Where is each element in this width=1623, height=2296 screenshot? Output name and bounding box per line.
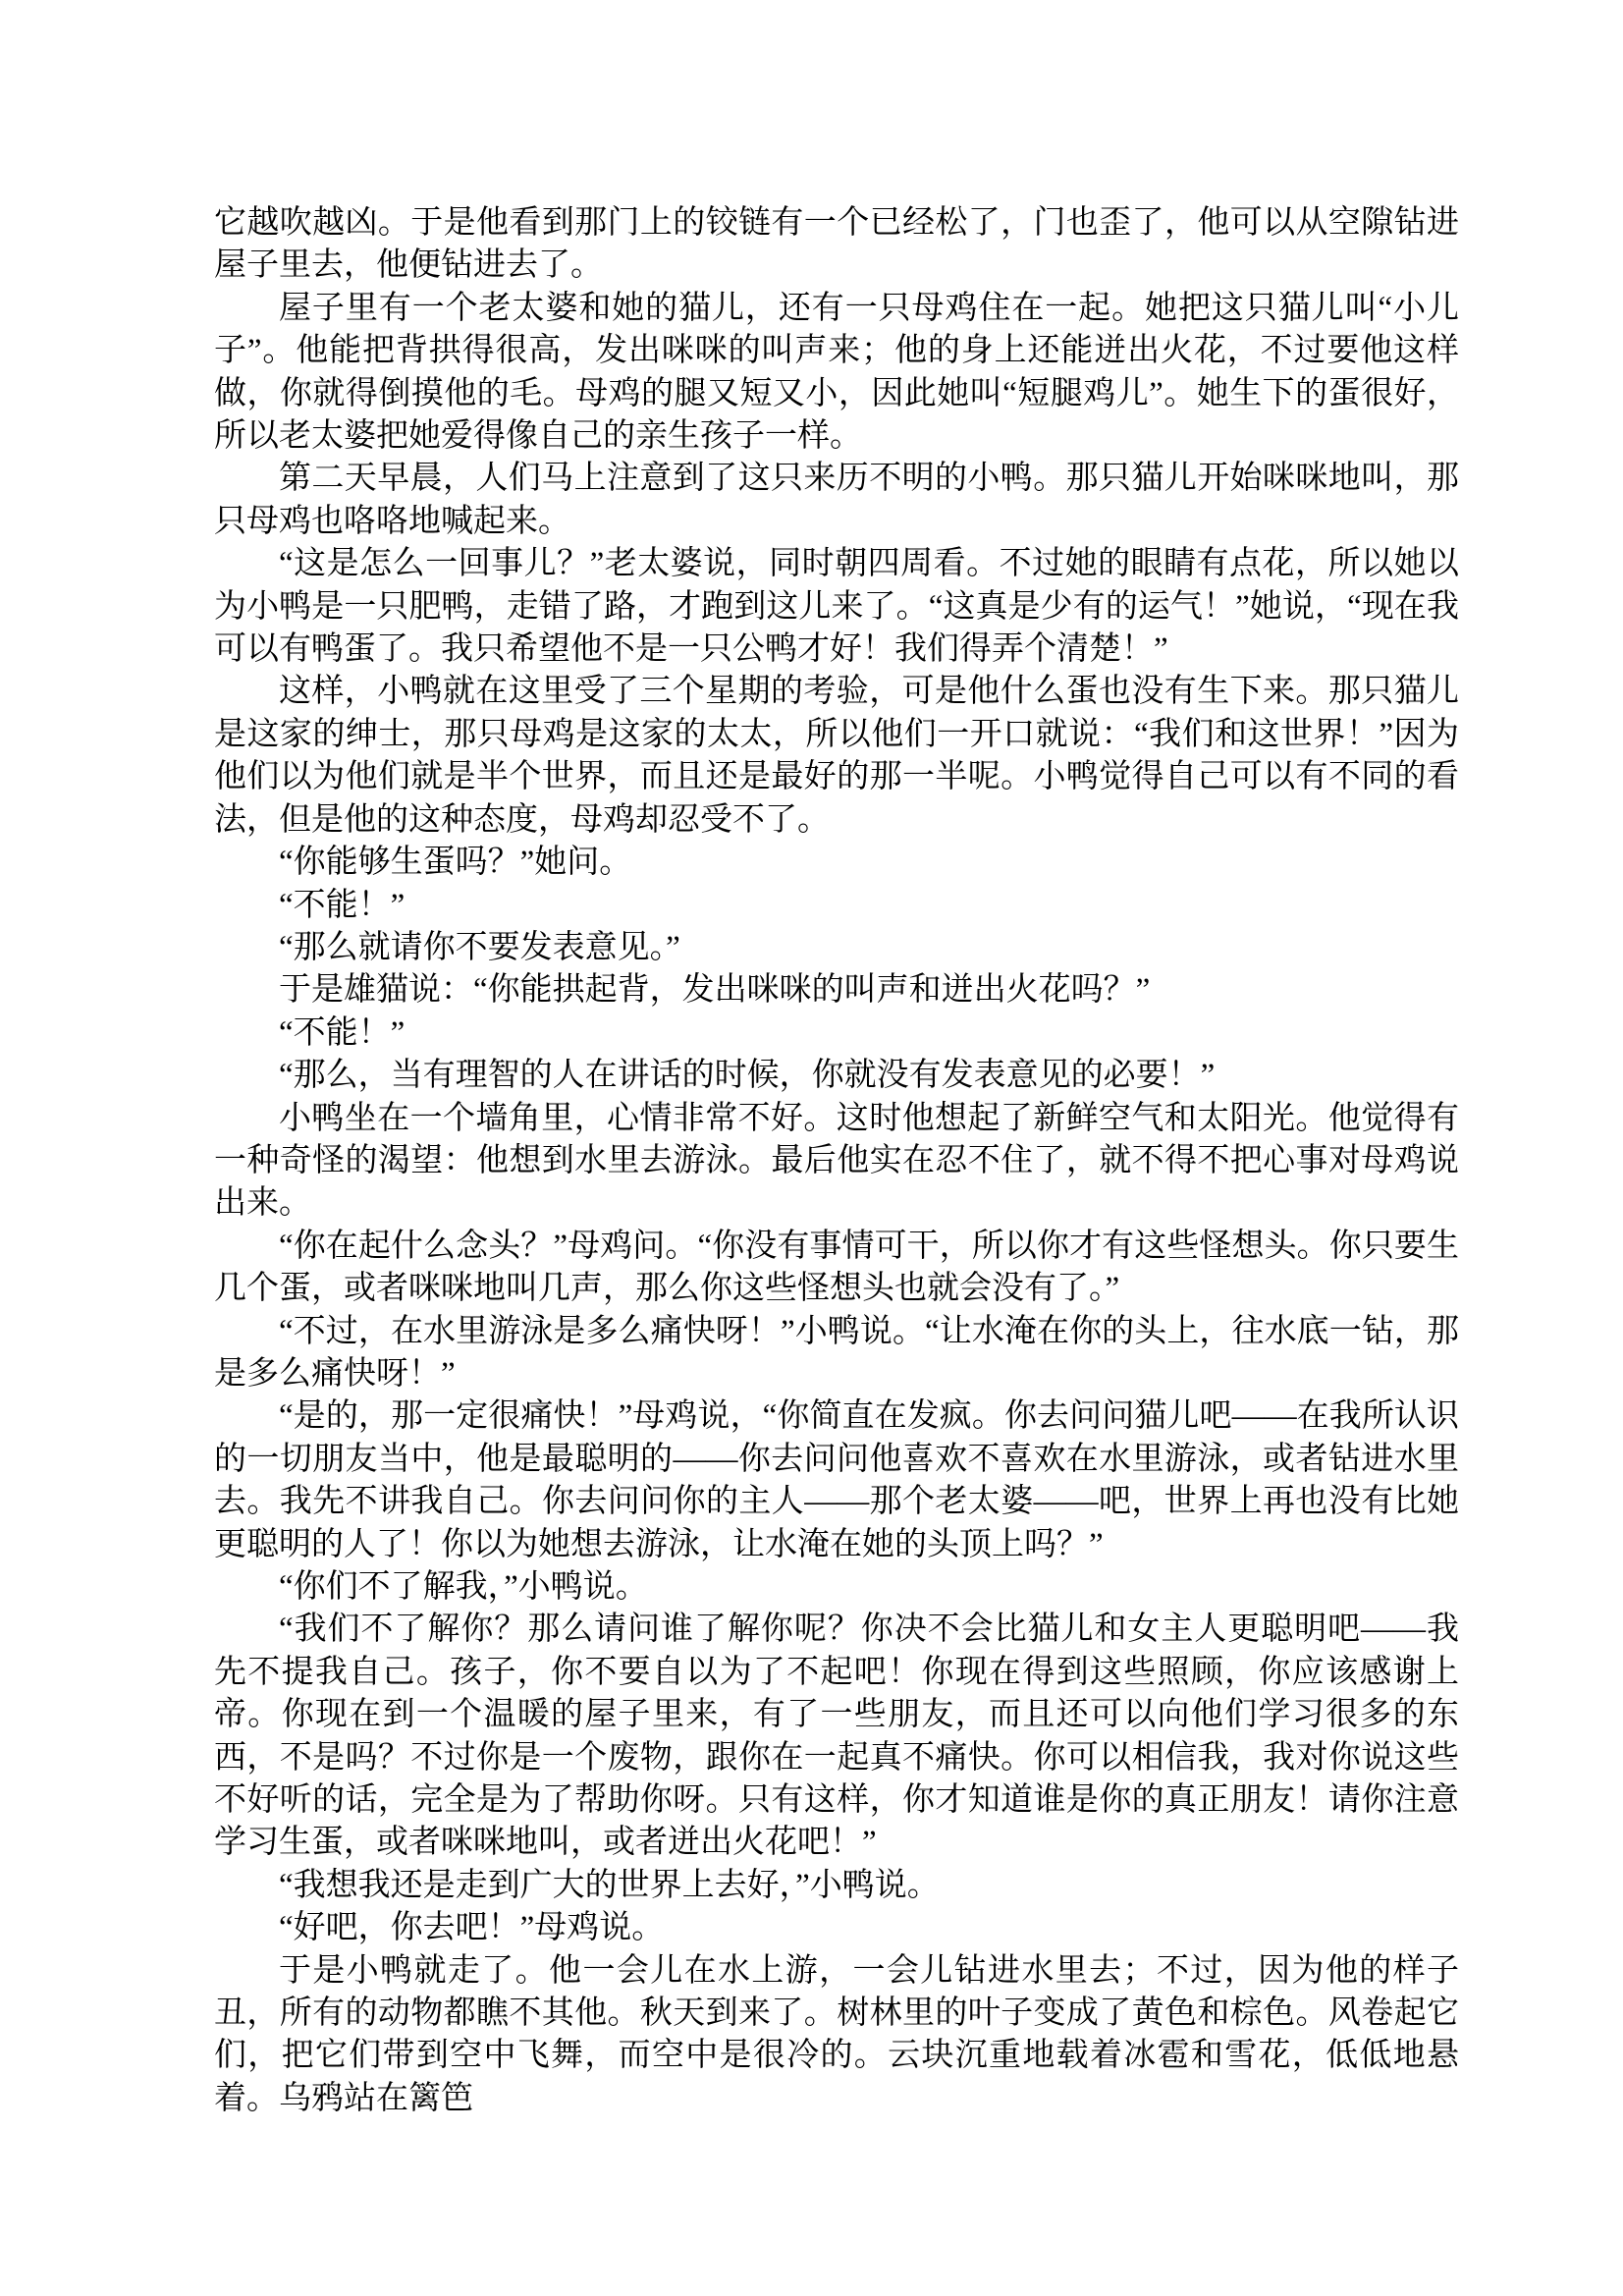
- paragraph: “不能！”: [214, 1012, 1459, 1055]
- paragraph: 它越吹越凶。于是他看到那门上的铰链有一个已经松了，门也歪了，他可以从空隙钻进屋子…: [214, 202, 1459, 288]
- paragraph: 这样，小鸭就在这里受了三个星期的考验，可是他什么蛋也没有生下来。那只猫儿是这家的…: [214, 671, 1459, 842]
- paragraph: “不能！”: [214, 885, 1459, 927]
- story-text: 它越吹越凶。于是他看到那门上的铰链有一个已经松了，门也歪了，他可以从空隙钻进屋子…: [214, 202, 1459, 2120]
- paragraph: “是的，那一定很痛快！”母鸡说，“你简直在发疯。你去问问猫儿吧——在我所认识的一…: [214, 1395, 1459, 1566]
- paragraph: “你在起什么念头？”母鸡问。“你没有事情可干，所以你才有这些怪想头。你只要生几个…: [214, 1226, 1459, 1311]
- paragraph: “这是怎么一回事儿？”老太婆说，同时朝四周看。不过她的眼睛有点花，所以她以为小鸭…: [214, 543, 1459, 671]
- paragraph: “我们不了解你？那么请问谁了解你呢？你决不会比猫儿和女主人更聪明吧——我先不提我…: [214, 1609, 1459, 1864]
- paragraph: 小鸭坐在一个墙角里，心情非常不好。这时他想起了新鲜空气和太阳光。他觉得有一种奇怪…: [214, 1098, 1459, 1226]
- paragraph: “那么，当有理智的人在讲话的时候，你就没有发表意见的必要！”: [214, 1055, 1459, 1097]
- paragraph: “不过，在水里游泳是多么痛快呀！”小鸭说。“让水淹在你的头上，往水底一钻，那是多…: [214, 1311, 1459, 1396]
- paragraph: “我想我还是走到广大的世界上去好，”小鸭说。: [214, 1865, 1459, 1907]
- paragraph: “那么就请你不要发表意见。”: [214, 927, 1459, 969]
- paragraph: “好吧，你去吧！”母鸡说。: [214, 1907, 1459, 1949]
- paragraph: 屋子里有一个老太婆和她的猫儿，还有一只母鸡住在一起。她把这只猫儿叫“小儿子”。他…: [214, 288, 1459, 459]
- paragraph: 于是雄猫说：“你能拱起背，发出咪咪的叫声和迸出火花吗？”: [214, 969, 1459, 1011]
- paragraph: 于是小鸭就走了。他一会儿在水上游，一会儿钻进水里去；不过，因为他的样子丑，所有的…: [214, 1950, 1459, 2121]
- paragraph: “你们不了解我，”小鸭说。: [214, 1566, 1459, 1609]
- paragraph: “你能够生蛋吗？”她问。: [214, 842, 1459, 884]
- paragraph: 第二天早晨，人们马上注意到了这只来历不明的小鸭。那只猫儿开始咪咪地叫，那只母鸡也…: [214, 458, 1459, 543]
- document-page: 它越吹越凶。于是他看到那门上的铰链有一个已经松了，门也歪了，他可以从空隙钻进屋子…: [214, 202, 1459, 2120]
